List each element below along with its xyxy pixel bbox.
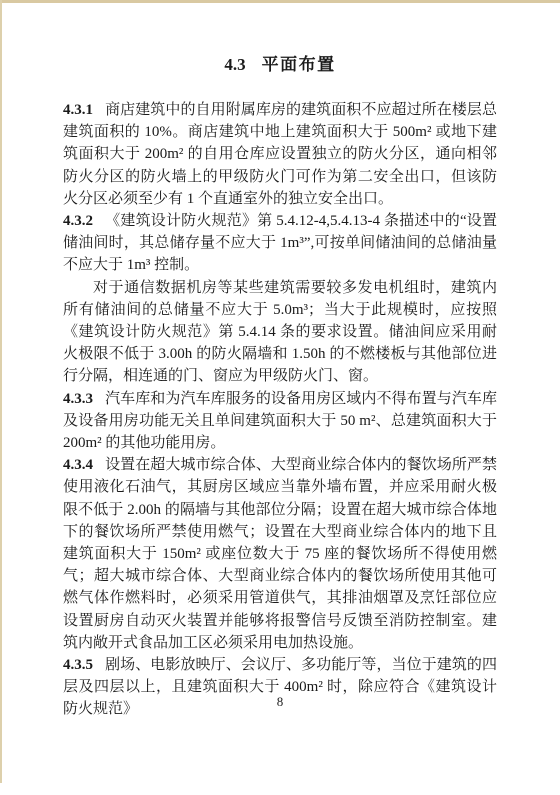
scan-edge-top xyxy=(0,0,560,3)
clause-text: 对于通信数据机房等某些建筑需要较多发电机组时，建筑内所有储油间的总储量不应大于 … xyxy=(63,280,497,385)
section-title-text: 平面布置 xyxy=(262,55,336,74)
clause-4-3-5: 4.3.5剧场、电影放映厅、会议厅、多功能厅等，当位于建筑的四层及四层以上，且建… xyxy=(63,654,497,721)
scan-edge-left xyxy=(0,0,2,783)
clause-4-3-4: 4.3.4设置在超大城市综合体、大型商业综合体内的餐饮场所严禁使用液化石油气，其… xyxy=(63,454,497,654)
clause-number: 4.3.2 xyxy=(63,213,93,229)
clause-4-3-1: 4.3.1商店建筑中的自用附属库房的建筑面积不应超过所在楼层总建筑面积的 10%… xyxy=(63,99,497,210)
clause-text: 商店建筑中的自用附属库房的建筑面积不应超过所在楼层总建筑面积的 10%。商店建筑… xyxy=(63,102,497,207)
clause-text: 汽车库和为汽车库服务的设备用房区域内不得布置与汽车库及设备用房功能无关且单间建筑… xyxy=(63,391,497,451)
clause-number: 4.3.1 xyxy=(63,102,93,118)
clause-text: 设置在超大城市综合体、大型商业综合体内的餐饮场所严禁使用液化石油气，其厨房区域应… xyxy=(63,457,497,651)
clause-text: 《建筑设计防火规范》第 5.4.12-4,5.4.13-4 条描述中的“设置储油… xyxy=(63,213,497,273)
page-number: 8 xyxy=(0,694,560,710)
clause-4-3-2-note: 对于通信数据机房等某些建筑需要较多发电机组时，建筑内所有储油间的总储量不应大于 … xyxy=(63,277,497,388)
clause-number: 4.3.3 xyxy=(63,391,93,407)
document-page: 4.3平面布置 4.3.1商店建筑中的自用附属库房的建筑面积不应超过所在楼层总建… xyxy=(0,0,560,795)
clause-4-3-3: 4.3.3汽车库和为汽车库服务的设备用房区域内不得布置与汽车库及设备用房功能无关… xyxy=(63,388,497,455)
clause-number: 4.3.4 xyxy=(63,457,93,473)
section-number: 4.3 xyxy=(224,55,245,74)
section-title: 4.3平面布置 xyxy=(63,50,497,75)
clause-4-3-2: 4.3.2《建筑设计防火规范》第 5.4.12-4,5.4.13-4 条描述中的… xyxy=(63,210,497,277)
clause-number: 4.3.5 xyxy=(63,657,93,673)
page-content: 4.3平面布置 4.3.1商店建筑中的自用附属库房的建筑面积不应超过所在楼层总建… xyxy=(63,50,497,721)
